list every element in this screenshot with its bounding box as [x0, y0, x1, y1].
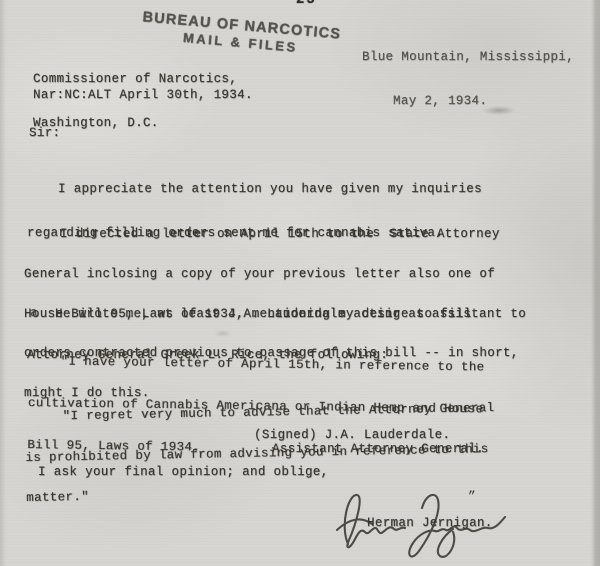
- scan-edge-right: [591, 0, 600, 566]
- recipient-line: Commissioner of Narcotics,: [33, 72, 237, 86]
- place-date-block: Blue Mountain, Mississippi, May 2, 1934.: [362, 22, 574, 136]
- handwritten-signature: [334, 486, 514, 564]
- reference-line: Nar:NC:ALT April 30th, 1934.: [33, 88, 253, 102]
- paragraph-line: I appreciate the attention you have give…: [27, 182, 482, 197]
- closing-line: I ask your final opinion; and oblige,: [38, 465, 329, 479]
- stray-character: a: [30, 306, 38, 320]
- paragraph-line: "I regret very much to advise that the A…: [25, 402, 495, 425]
- paragraph-line: General inclosing a copy of your previou…: [24, 268, 519, 281]
- place-line: Blue Mountain, Mississippi,: [362, 50, 574, 64]
- signed-line: (Signed) J.A. Lauderdale.: [254, 428, 450, 442]
- paragraph-line: I directed a letter on April 15th to the…: [24, 228, 519, 241]
- letter-page: 25 BUREAU OF NARCOTICS MAIL & FILES Blue…: [0, 0, 600, 566]
- salutation: Sir:: [29, 126, 60, 140]
- signed-title-line: Assistant Attorney General.: [272, 442, 484, 456]
- scan-edge-left: [0, 0, 6, 566]
- paragraph-line: He wrote me, at least J.A. Lauderdale ac…: [27, 308, 526, 322]
- page-number: 25: [296, 0, 317, 8]
- paragraph-line: "I have your letter of April 15th, in re…: [28, 354, 484, 374]
- signature-tick-mark: ”: [468, 489, 476, 504]
- recipient-line: Washington, D.C.: [33, 116, 237, 130]
- date-line: May 2, 1934.: [362, 94, 574, 108]
